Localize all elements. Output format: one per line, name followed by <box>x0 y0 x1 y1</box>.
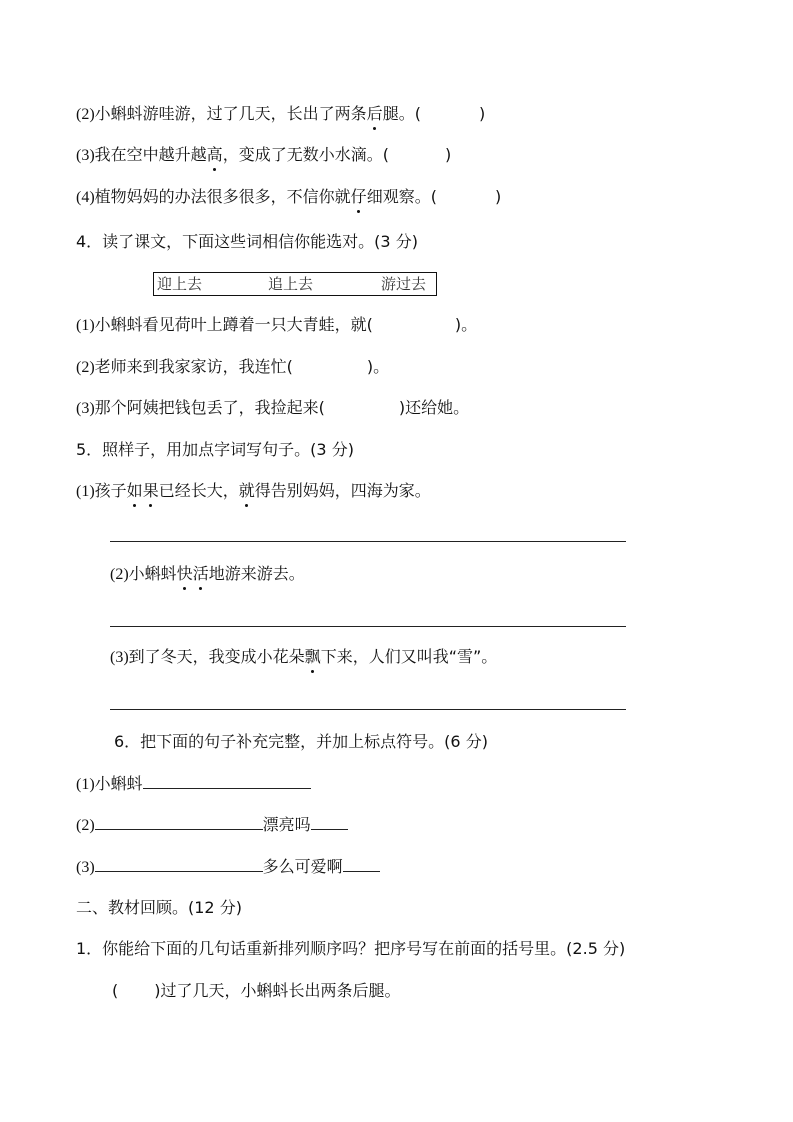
item-text: 得告别妈妈，四海为家。 <box>255 481 431 500</box>
close-paren: ) <box>445 145 451 164</box>
emphasis-dot-char: 高 <box>207 144 223 166</box>
item-text: )还给她。 <box>399 398 469 417</box>
question-title: 6．把下面的句子补充完整，并加上标点符号。(6 分) <box>114 731 488 753</box>
answer-line[interactable] <box>110 541 626 542</box>
emphasis-dot-char: 仔 <box>351 186 367 208</box>
item-text: 过了几天，小蝌蚪长出两条后腿。 <box>161 981 401 1000</box>
word-choice: 迎上去 <box>157 273 202 295</box>
exercise-item: (2)漂亮吗 <box>76 813 348 837</box>
item-number: (4) <box>76 189 95 206</box>
item-text: 植物妈妈的办法很多很多，不信你就 <box>95 187 351 206</box>
item-text: 细观察。( <box>367 187 437 206</box>
emphasis-dot-char: 果 <box>143 480 159 502</box>
item-text: 那个阿姨把钱包丢了，我捡起来( <box>95 398 325 417</box>
question-title: 1．你能给下面的几句话重新排列顺序吗？把序号写在前面的括号里。(2.5 分) <box>76 938 625 960</box>
item-text: )。 <box>455 315 477 334</box>
word-choice-box: 迎上去 追上去 游过去 <box>153 272 437 296</box>
item-text: 漂亮吗 <box>263 815 311 834</box>
emphasis-dot-char: 如 <box>127 480 143 502</box>
item-number: (3) <box>76 147 95 164</box>
emphasis-dot-char: 就 <box>239 480 255 502</box>
exercise-item: (1)小蝌蚪看见荷叶上蹲着一只大青蛙，就()。 <box>76 314 477 337</box>
item-text: ，变成了无数小水滴。( <box>223 145 389 164</box>
close-paren: ) <box>479 104 485 123</box>
item-text: 小蝌蚪游哇游，过了几天，长出了两条 <box>95 104 367 123</box>
exercise-item: (2)小蝌蚪游哇游，过了几天，长出了两条后腿。() <box>76 103 485 126</box>
example-sentence: (2)小蝌蚪快活地游来游去。 <box>110 563 305 586</box>
fill-blank[interactable] <box>95 813 263 830</box>
exercise-item: (3)我在空中越升越高，变成了无数小水滴。() <box>76 144 451 167</box>
close-paren: ) <box>495 187 501 206</box>
emphasis-dot-char: 快 <box>177 563 193 585</box>
item-text: )。 <box>367 357 389 376</box>
example-sentence: (3)到了冬天，我变成小花朵飘下来，人们又叫我“雪”。 <box>110 646 497 669</box>
word-choice: 游过去 <box>381 273 426 295</box>
exercise-item: (3)那个阿姨把钱包丢了，我捡起来()还给她。 <box>76 397 469 420</box>
item-text: 地游来游去。 <box>209 564 305 583</box>
section-title: 二、教材回顾。(12 分) <box>76 897 242 919</box>
item-number: (2) <box>110 566 129 583</box>
item-number: (2) <box>76 106 95 123</box>
answer-line[interactable] <box>110 626 626 627</box>
item-text: 小蝌蚪 <box>129 564 177 583</box>
fill-blank[interactable] <box>143 772 311 789</box>
emphasis-dot-char: 飘 <box>305 646 321 668</box>
example-sentence: (1)孩子如果已经长大，就得告别妈妈，四海为家。 <box>76 480 431 503</box>
item-number: (1) <box>76 317 95 334</box>
punctuation-blank[interactable] <box>343 855 380 872</box>
emphasis-dot-char: 后 <box>367 103 383 125</box>
item-number: (2) <box>76 359 95 376</box>
exercise-item: (1)小蝌蚪 <box>76 772 311 796</box>
item-text: 已经长大， <box>159 481 239 500</box>
item-text: 腿。( <box>383 104 421 123</box>
item-text: 小蝌蚪看见荷叶上蹲着一只大青蛙，就( <box>95 315 373 334</box>
item-text: 多么可爱啊 <box>263 857 343 876</box>
exercise-item: (2)老师来到我家家访，我连忙()。 <box>76 356 389 379</box>
exercise-item: (4)植物妈妈的办法很多很多，不信你就仔细观察。() <box>76 186 501 209</box>
item-text: 下来，人们又叫我“雪”。 <box>321 647 498 666</box>
item-text: 小蝌蚪 <box>95 774 143 793</box>
item-number: (3) <box>76 859 95 876</box>
open-paren: ( <box>112 981 118 1000</box>
punctuation-blank[interactable] <box>311 813 348 830</box>
ordering-item: ()过了几天，小蝌蚪长出两条后腿。 <box>112 980 401 1002</box>
answer-line[interactable] <box>110 709 626 710</box>
item-number: (1) <box>76 483 95 500</box>
question-title: 5．照样子，用加点字词写句子。(3 分) <box>76 439 354 461</box>
item-text: 到了冬天，我变成小花朵 <box>129 647 305 666</box>
item-number: (3) <box>76 400 95 417</box>
question-title: 4．读了课文，下面这些词相信你能选对。(3 分) <box>76 231 418 253</box>
word-choice: 追上去 <box>268 273 313 295</box>
item-text: 老师来到我家家访，我连忙( <box>95 357 293 376</box>
emphasis-dot-char: 活 <box>193 563 209 585</box>
item-text: 我在空中越升越 <box>95 145 207 164</box>
item-number: (2) <box>76 817 95 834</box>
exercise-item: (3)多么可爱啊 <box>76 855 380 879</box>
item-number: (1) <box>76 776 95 793</box>
item-text: 孩子 <box>95 481 127 500</box>
item-number: (3) <box>110 649 129 666</box>
fill-blank[interactable] <box>95 855 263 872</box>
